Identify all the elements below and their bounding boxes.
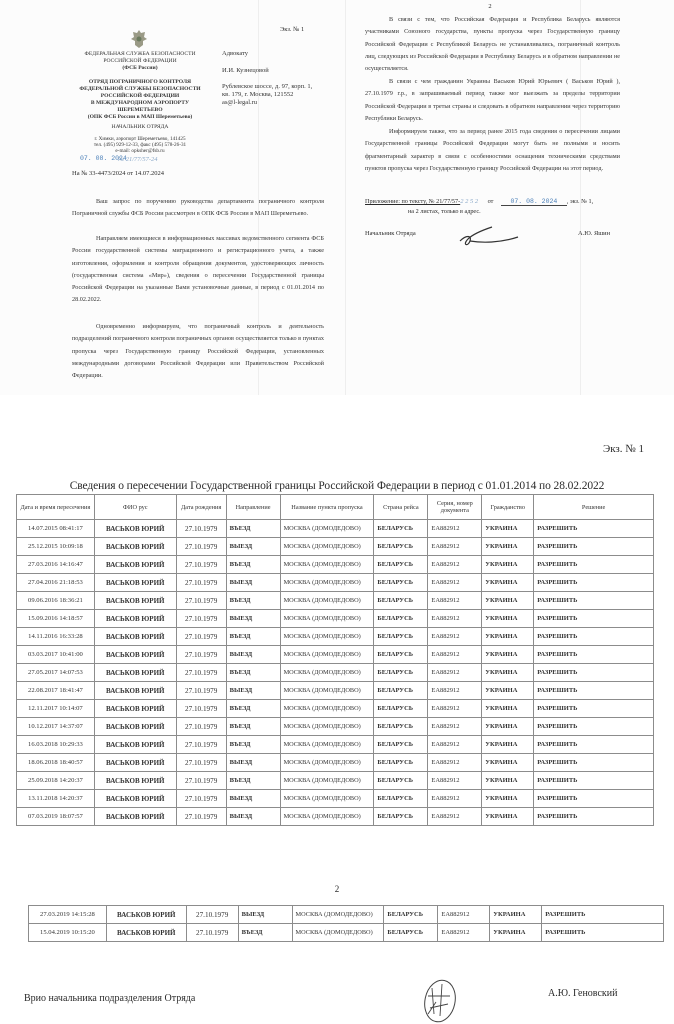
cell-decision: РАЗРЕШИТЬ xyxy=(534,718,654,736)
cell-document-number: ЕА882912 xyxy=(428,736,482,754)
cell-decision: РАЗРЕШИТЬ xyxy=(534,790,654,808)
fsb-emblem-icon xyxy=(131,30,147,48)
signatory-name: А.Ю. Яшин xyxy=(578,230,610,237)
page-divider xyxy=(345,0,346,395)
column-header-flight-country: Страна рейса xyxy=(374,495,428,520)
cell-flight-country: БЕЛАРУСЬ xyxy=(374,772,428,790)
cell-crossing-datetime: 25.12.2015 10:09:18 xyxy=(17,538,95,556)
column-header-direction: Направление xyxy=(226,495,280,520)
cell-checkpoint-name: МОСКВА (ДОМОДЕДОВО) xyxy=(292,924,384,942)
column-header-decision: Решение xyxy=(534,495,654,520)
unit-line: РОССИЙСКОЙ ФЕДЕРАЦИИ xyxy=(50,93,230,100)
signatory-title: Начальник Отряда xyxy=(365,230,416,237)
cell-checkpoint-name: МОСКВА (ДОМОДЕДОВО) xyxy=(280,538,374,556)
cell-document-number: ЕА882912 xyxy=(428,718,482,736)
cell-birth-date: 27.10.1979 xyxy=(176,772,226,790)
table-row: 16.03.2018 10:29:33ВАСЬКОВ ЮРИЙ27.10.197… xyxy=(17,736,654,754)
cell-citizenship: УКРАИНА xyxy=(482,772,534,790)
cell-crossing-datetime: 22.08.2017 18:41:47 xyxy=(17,682,95,700)
cell-checkpoint-name: МОСКВА (ДОМОДЕДОВО) xyxy=(280,520,374,538)
cell-direction: ВЪЕЗД xyxy=(226,520,280,538)
cell-document-number: ЕА882912 xyxy=(428,592,482,610)
cell-document-number: ЕА882912 xyxy=(428,538,482,556)
cell-direction: ВЪЕЗД xyxy=(226,592,280,610)
cell-crossing-datetime: 09.06.2016 18:36:21 xyxy=(17,592,95,610)
cell-birth-date: 27.10.1979 xyxy=(186,906,238,924)
cell-citizenship: УКРАИНА xyxy=(482,556,534,574)
table-row: 13.11.2018 14:20:37ВАСЬКОВ ЮРИЙ27.10.197… xyxy=(17,790,654,808)
cell-decision: РАЗРЕШИТЬ xyxy=(534,556,654,574)
cell-citizenship: УКРАИНА xyxy=(482,808,534,826)
cell-document-number: ЕА882912 xyxy=(428,520,482,538)
cell-checkpoint-name: МОСКВА (ДОМОДЕДОВО) xyxy=(280,808,374,826)
cell-full-name: ВАСЬКОВ ЮРИЙ xyxy=(94,700,176,718)
cell-citizenship: УКРАИНА xyxy=(482,592,534,610)
cell-document-number: ЕА882912 xyxy=(428,628,482,646)
cell-decision: РАЗРЕШИТЬ xyxy=(534,700,654,718)
cell-citizenship: УКРАИНА xyxy=(482,736,534,754)
cell-flight-country: БЕЛАРУСЬ xyxy=(374,646,428,664)
cell-crossing-datetime: 14.11.2016 16:33:28 xyxy=(17,628,95,646)
cell-flight-country: БЕЛАРУСЬ xyxy=(374,538,428,556)
cell-decision: РАЗРЕШИТЬ xyxy=(534,808,654,826)
unit-line: ФЕДЕРАЛЬНОЙ СЛУЖБЫ БЕЗОПАСНОСТИ xyxy=(50,86,230,93)
cell-citizenship: УКРАИНА xyxy=(482,646,534,664)
cell-full-name: ВАСЬКОВ ЮРИЙ xyxy=(94,736,176,754)
annex-page-number: 2 xyxy=(330,884,344,894)
cell-direction: ВЫЕЗД xyxy=(226,808,280,826)
attachment-suffix: , экз. № 1, xyxy=(567,198,593,205)
table-row: 10.12.2017 14:37:07ВАСЬКОВ ЮРИЙ27.10.197… xyxy=(17,718,654,736)
cell-birth-date: 27.10.1979 xyxy=(176,790,226,808)
cell-flight-country: БЕЛАРУСЬ xyxy=(374,628,428,646)
annex-title: Сведения о пересечении Государственной г… xyxy=(0,480,674,492)
annex-signature-icon xyxy=(420,978,460,1024)
cell-decision: РАЗРЕШИТЬ xyxy=(534,664,654,682)
cell-checkpoint-name: МОСКВА (ДОМОДЕДОВО) xyxy=(280,772,374,790)
cell-decision: РАЗРЕШИТЬ xyxy=(534,754,654,772)
org-name-line: РОССИЙСКОЙ ФЕДЕРАЦИИ xyxy=(50,58,230,65)
cell-flight-country: БЕЛАРУСЬ xyxy=(384,906,438,924)
reply-reference: На № 33-4473/2024 от 14.07.2024 xyxy=(72,170,164,177)
cell-crossing-datetime: 07.03.2019 18:07:57 xyxy=(17,808,95,826)
table-row: 18.06.2018 18:40:57ВАСЬКОВ ЮРИЙ27.10.197… xyxy=(17,754,654,772)
cell-direction: ВЪЕЗД xyxy=(226,718,280,736)
attachment-line: Приложение: по тексту, № 21/77/57-2 2 5 … xyxy=(365,198,593,206)
cell-birth-date: 27.10.1979 xyxy=(186,924,238,942)
table-row: 12.11.2017 10:14:07ВАСЬКОВ ЮРИЙ27.10.197… xyxy=(17,700,654,718)
letter-paragraph: Информируем также, что за период ранее 2… xyxy=(365,126,620,175)
column-header-birth-date: Дата рождения xyxy=(176,495,226,520)
cell-birth-date: 27.10.1979 xyxy=(176,646,226,664)
cell-decision: РАЗРЕШИТЬ xyxy=(534,772,654,790)
table-row: 25.09.2018 14:20:37ВАСЬКОВ ЮРИЙ27.10.197… xyxy=(17,772,654,790)
column-header-citizenship: Гражданство xyxy=(482,495,534,520)
cell-checkpoint-name: МОСКВА (ДОМОДЕДОВО) xyxy=(280,556,374,574)
letter-paragraph: Одновременно информируем, что пограничны… xyxy=(72,321,324,382)
cell-citizenship: УКРАИНА xyxy=(490,906,542,924)
cell-full-name: ВАСЬКОВ ЮРИЙ xyxy=(106,906,186,924)
cell-direction: ВЫЕЗД xyxy=(226,754,280,772)
cell-decision: РАЗРЕШИТЬ xyxy=(534,736,654,754)
cell-document-number: ЕА882912 xyxy=(428,574,482,592)
attachment-prefix: Приложение: по тексту, № 21/77/57- xyxy=(365,198,460,205)
letter-paragraph: В связи с тем, что Российская Федерация … xyxy=(365,14,620,75)
cell-full-name: ВАСЬКОВ ЮРИЙ xyxy=(94,538,176,556)
cell-crossing-datetime: 27.03.2019 14:15:28 xyxy=(29,906,107,924)
outgoing-number: № 21/77/57-24 xyxy=(118,156,158,163)
cell-birth-date: 27.10.1979 xyxy=(176,574,226,592)
cell-checkpoint-name: МОСКВА (ДОМОДЕДОВО) xyxy=(280,628,374,646)
cell-decision: РАЗРЕШИТЬ xyxy=(534,646,654,664)
table-row: 14.11.2016 16:33:28ВАСЬКОВ ЮРИЙ27.10.197… xyxy=(17,628,654,646)
cell-citizenship: УКРАИНА xyxy=(482,628,534,646)
cell-document-number: ЕА882912 xyxy=(428,556,482,574)
cell-full-name: ВАСЬКОВ ЮРИЙ xyxy=(94,610,176,628)
cell-decision: РАЗРЕШИТЬ xyxy=(534,520,654,538)
cell-checkpoint-name: МОСКВА (ДОМОДЕДОВО) xyxy=(280,790,374,808)
cell-decision: РАЗРЕШИТЬ xyxy=(534,610,654,628)
cell-flight-country: БЕЛАРУСЬ xyxy=(374,610,428,628)
cell-checkpoint-name: МОСКВА (ДОМОДЕДОВО) xyxy=(292,906,384,924)
cell-birth-date: 27.10.1979 xyxy=(176,556,226,574)
cell-crossing-datetime: 27.04.2016 21:18:53 xyxy=(17,574,95,592)
cell-direction: ВЪЕЗД xyxy=(226,772,280,790)
border-crossings-table-continued: 27.03.2019 14:15:28ВАСЬКОВ ЮРИЙ27.10.197… xyxy=(28,905,664,942)
table-row: 07.03.2019 18:07:57ВАСЬКОВ ЮРИЙ27.10.197… xyxy=(17,808,654,826)
cell-full-name: ВАСЬКОВ ЮРИЙ xyxy=(94,790,176,808)
cell-direction: ВЪЕЗД xyxy=(226,736,280,754)
page-number: 2 xyxy=(480,3,500,10)
cell-document-number: ЕА882912 xyxy=(428,682,482,700)
cell-flight-country: БЕЛАРУСЬ xyxy=(374,556,428,574)
cell-flight-country: БЕЛАРУСЬ xyxy=(374,718,428,736)
cell-birth-date: 27.10.1979 xyxy=(176,718,226,736)
cell-crossing-datetime: 27.05.2017 14:07:53 xyxy=(17,664,95,682)
cell-citizenship: УКРАИНА xyxy=(482,664,534,682)
cell-document-number: ЕА882912 xyxy=(428,646,482,664)
cell-flight-country: БЕЛАРУСЬ xyxy=(374,664,428,682)
cell-document-number: ЕА882912 xyxy=(428,808,482,826)
cell-full-name: ВАСЬКОВ ЮРИЙ xyxy=(94,520,176,538)
cell-direction: ВЪЕЗД xyxy=(226,700,280,718)
org-name-short: (ФСБ России) xyxy=(50,65,230,72)
office-title: НАЧАЛЬНИК ОТРЯДА xyxy=(50,124,230,131)
cell-citizenship: УКРАИНА xyxy=(482,610,534,628)
cell-birth-date: 27.10.1979 xyxy=(176,808,226,826)
table-row: 14.07.2015 08:41:17ВАСЬКОВ ЮРИЙ27.10.197… xyxy=(17,520,654,538)
org-name-line: ФЕДЕРАЛЬНАЯ СЛУЖБА БЕЗОПАСНОСТИ xyxy=(50,51,230,58)
cell-flight-country: БЕЛАРУСЬ xyxy=(374,736,428,754)
cell-crossing-datetime: 15.09.2016 14:18:57 xyxy=(17,610,95,628)
cell-full-name: ВАСЬКОВ ЮРИЙ xyxy=(94,682,176,700)
cell-flight-country: БЕЛАРУСЬ xyxy=(374,682,428,700)
cell-direction: ВЫЕЗД xyxy=(226,574,280,592)
cell-citizenship: УКРАИНА xyxy=(482,718,534,736)
cell-flight-country: БЕЛАРУСЬ xyxy=(374,808,428,826)
border-crossings-table: Дата и время пересеченияФИО русДата рожд… xyxy=(16,494,654,826)
cell-citizenship: УКРАИНА xyxy=(482,790,534,808)
cell-crossing-datetime: 18.06.2018 18:40:57 xyxy=(17,754,95,772)
annex-copy-number: Экз. № 1 xyxy=(603,443,644,455)
cell-document-number: ЕА882912 xyxy=(438,924,490,942)
cell-birth-date: 27.10.1979 xyxy=(176,538,226,556)
table-row: 22.08.2017 18:41:47ВАСЬКОВ ЮРИЙ27.10.197… xyxy=(17,682,654,700)
cell-direction: ВЪЕЗД xyxy=(226,628,280,646)
cell-document-number: ЕА882912 xyxy=(428,772,482,790)
cell-flight-country: БЕЛАРУСЬ xyxy=(374,574,428,592)
cell-decision: РАЗРЕШИТЬ xyxy=(534,628,654,646)
cell-checkpoint-name: МОСКВА (ДОМОДЕДОВО) xyxy=(280,700,374,718)
recipient-role: Адвокату xyxy=(222,50,248,59)
table-header-row: Дата и время пересеченияФИО русДата рожд… xyxy=(17,495,654,520)
cell-document-number: ЕА882912 xyxy=(428,700,482,718)
cell-checkpoint-name: МОСКВА (ДОМОДЕДОВО) xyxy=(280,592,374,610)
attachment-pages: на 2 листах, только в адрес. xyxy=(408,208,481,215)
table-row: 09.06.2016 18:36:21ВАСЬКОВ ЮРИЙ27.10.197… xyxy=(17,592,654,610)
cell-citizenship: УКРАИНА xyxy=(482,538,534,556)
column-header-full-name: ФИО рус xyxy=(94,495,176,520)
annex-signatory-title: Врио начальника подразделения Отряда xyxy=(24,993,195,1004)
recipient-email: as@l-legal.ru xyxy=(222,99,257,108)
cell-decision: РАЗРЕШИТЬ xyxy=(542,906,664,924)
cell-document-number: ЕА882912 xyxy=(438,906,490,924)
unit-line: ШЕРЕМЕТЬЕВО xyxy=(50,107,230,114)
cell-checkpoint-name: МОСКВА (ДОМОДЕДОВО) xyxy=(280,682,374,700)
cell-crossing-datetime: 13.11.2018 14:20:37 xyxy=(17,790,95,808)
cell-citizenship: УКРАИНА xyxy=(482,754,534,772)
cell-direction: ВЫЕЗД xyxy=(226,610,280,628)
attachment-from: от xyxy=(488,198,494,205)
cell-full-name: ВАСЬКОВ ЮРИЙ xyxy=(94,574,176,592)
cell-decision: РАЗРЕШИТЬ xyxy=(534,538,654,556)
cell-flight-country: БЕЛАРУСЬ xyxy=(384,924,438,942)
cell-crossing-datetime: 10.12.2017 14:37:07 xyxy=(17,718,95,736)
cell-birth-date: 27.10.1979 xyxy=(176,736,226,754)
cell-flight-country: БЕЛАРУСЬ xyxy=(374,790,428,808)
cell-direction: ВЫЕЗД xyxy=(226,538,280,556)
letter-paragraph: Направляем имеющиеся в информационных ма… xyxy=(72,233,324,307)
annex-signatory-name: А.Ю. Геновский xyxy=(548,988,617,999)
cell-flight-country: БЕЛАРУСЬ xyxy=(374,754,428,772)
letter-paragraph: В связи с чем гражданин Украины Васьков … xyxy=(365,76,620,125)
cell-decision: РАЗРЕШИТЬ xyxy=(534,574,654,592)
cell-crossing-datetime: 16.03.2018 10:29:33 xyxy=(17,736,95,754)
cell-birth-date: 27.10.1979 xyxy=(176,664,226,682)
column-header-document-number: Серия, номер документа xyxy=(428,495,482,520)
cell-full-name: ВАСЬКОВ ЮРИЙ xyxy=(94,646,176,664)
cell-checkpoint-name: МОСКВА (ДОМОДЕДОВО) xyxy=(280,718,374,736)
cell-document-number: ЕА882912 xyxy=(428,790,482,808)
cell-full-name: ВАСЬКОВ ЮРИЙ xyxy=(94,556,176,574)
cell-full-name: ВАСЬКОВ ЮРИЙ xyxy=(94,808,176,826)
cell-birth-date: 27.10.1979 xyxy=(176,592,226,610)
table-row: 25.12.2015 10:09:18ВАСЬКОВ ЮРИЙ27.10.197… xyxy=(17,538,654,556)
cell-decision: РАЗРЕШИТЬ xyxy=(534,682,654,700)
cell-direction: ВЪЕЗД xyxy=(226,556,280,574)
table-row: 27.03.2019 14:15:28ВАСЬКОВ ЮРИЙ27.10.197… xyxy=(29,906,664,924)
cell-flight-country: БЕЛАРУСЬ xyxy=(374,520,428,538)
cell-checkpoint-name: МОСКВА (ДОМОДЕДОВО) xyxy=(280,610,374,628)
cell-crossing-datetime: 14.07.2015 08:41:17 xyxy=(17,520,95,538)
cell-direction: ВЫЕЗД xyxy=(238,906,292,924)
unit-line: ОТРЯД ПОГРАНИЧНОГО КОНТРОЛЯ xyxy=(50,79,230,86)
letter-paragraph: Ваш запрос по поручению руководства депа… xyxy=(72,196,324,221)
cell-document-number: ЕА882912 xyxy=(428,664,482,682)
cell-crossing-datetime: 15.04.2019 10:15:20 xyxy=(29,924,107,942)
unit-line: (ОПК ФСБ России в МАП Шереметьево) xyxy=(50,114,230,121)
cell-checkpoint-name: МОСКВА (ДОМОДЕДОВО) xyxy=(280,574,374,592)
cell-full-name: ВАСЬКОВ ЮРИЙ xyxy=(94,754,176,772)
cell-document-number: ЕА882912 xyxy=(428,610,482,628)
cell-crossing-datetime: 03.03.2017 10:41:00 xyxy=(17,646,95,664)
cell-birth-date: 27.10.1979 xyxy=(176,682,226,700)
cell-direction: ВЪЕЗД xyxy=(226,664,280,682)
table-row: 27.05.2017 14:07:53ВАСЬКОВ ЮРИЙ27.10.197… xyxy=(17,664,654,682)
copy-number: Экз. № 1 xyxy=(280,26,304,33)
contact-line: e-mail: opksher@fsb.ru xyxy=(50,148,230,155)
cell-full-name: ВАСЬКОВ ЮРИЙ xyxy=(94,664,176,682)
signature-icon xyxy=(456,225,526,249)
cell-full-name: ВАСЬКОВ ЮРИЙ xyxy=(94,628,176,646)
cell-flight-country: БЕЛАРУСЬ xyxy=(374,592,428,610)
cell-birth-date: 27.10.1979 xyxy=(176,628,226,646)
cell-citizenship: УКРАИНА xyxy=(490,924,542,942)
cell-birth-date: 27.10.1979 xyxy=(176,520,226,538)
cell-checkpoint-name: МОСКВА (ДОМОДЕДОВО) xyxy=(280,754,374,772)
table-row: 15.09.2016 14:18:57ВАСЬКОВ ЮРИЙ27.10.197… xyxy=(17,610,654,628)
recipient-name: И.И. Кузнецовой xyxy=(222,67,269,76)
cell-checkpoint-name: МОСКВА (ДОМОДЕДОВО) xyxy=(280,646,374,664)
cell-decision: РАЗРЕШИТЬ xyxy=(542,924,664,942)
cell-full-name: ВАСЬКОВ ЮРИЙ xyxy=(94,718,176,736)
cell-birth-date: 27.10.1979 xyxy=(176,754,226,772)
cell-full-name: ВАСЬКОВ ЮРИЙ xyxy=(106,924,186,942)
unit-line: В МЕЖДУНАРОДНОМ АЭРОПОРТУ xyxy=(50,100,230,107)
cell-birth-date: 27.10.1979 xyxy=(176,610,226,628)
cell-full-name: ВАСЬКОВ ЮРИЙ xyxy=(94,592,176,610)
attachment-hand-number: 2 2 5 2 xyxy=(460,198,478,205)
table-row: 15.04.2019 10:15:20ВАСЬКОВ ЮРИЙ27.10.197… xyxy=(29,924,664,942)
cell-birth-date: 27.10.1979 xyxy=(176,700,226,718)
cell-citizenship: УКРАИНА xyxy=(482,682,534,700)
table-row: 27.04.2016 21:18:53ВАСЬКОВ ЮРИЙ27.10.197… xyxy=(17,574,654,592)
cell-full-name: ВАСЬКОВ ЮРИЙ xyxy=(94,772,176,790)
attachment-date: 07. 08. 2024 xyxy=(501,198,567,206)
cell-checkpoint-name: МОСКВА (ДОМОДЕДОВО) xyxy=(280,664,374,682)
cell-checkpoint-name: МОСКВА (ДОМОДЕДОВО) xyxy=(280,736,374,754)
table-row: 27.03.2016 14:16:47ВАСЬКОВ ЮРИЙ27.10.197… xyxy=(17,556,654,574)
column-header-checkpoint-name: Название пункта пропуска xyxy=(280,495,374,520)
cell-citizenship: УКРАИНА xyxy=(482,574,534,592)
cell-direction: ВЪЕЗД xyxy=(238,924,292,942)
cell-document-number: ЕА882912 xyxy=(428,754,482,772)
cell-crossing-datetime: 27.03.2016 14:16:47 xyxy=(17,556,95,574)
cell-crossing-datetime: 25.09.2018 14:20:37 xyxy=(17,772,95,790)
cell-crossing-datetime: 12.11.2017 10:14:07 xyxy=(17,700,95,718)
cell-direction: ВЫЕЗД xyxy=(226,682,280,700)
cell-flight-country: БЕЛАРУСЬ xyxy=(374,700,428,718)
column-header-crossing-datetime: Дата и время пересечения xyxy=(17,495,95,520)
cell-direction: ВЫЕЗД xyxy=(226,790,280,808)
cell-citizenship: УКРАИНА xyxy=(482,520,534,538)
table-row: 03.03.2017 10:41:00ВАСЬКОВ ЮРИЙ27.10.197… xyxy=(17,646,654,664)
cell-decision: РАЗРЕШИТЬ xyxy=(534,592,654,610)
cell-citizenship: УКРАИНА xyxy=(482,700,534,718)
cell-direction: ВЫЕЗД xyxy=(226,646,280,664)
